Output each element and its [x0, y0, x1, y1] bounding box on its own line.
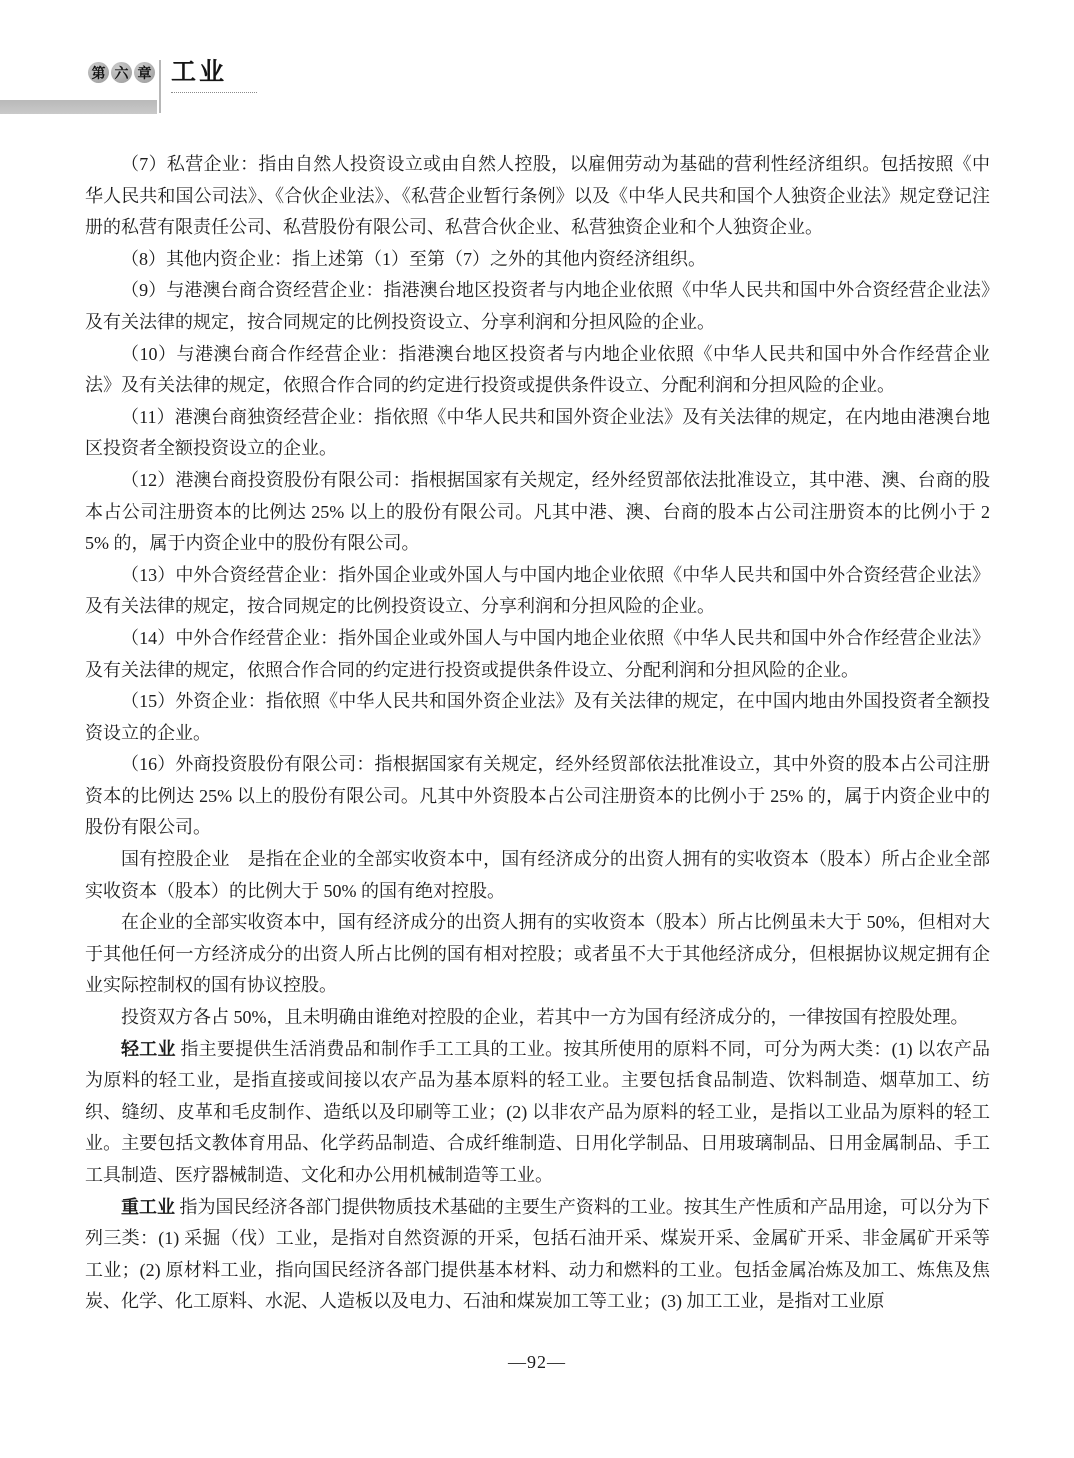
chapter-title: 工业: [171, 60, 227, 85]
document-page: 第 六 章 工业 （7）私营企业：指由自然人投资设立或由自然人控股，以雇佣劳动为…: [0, 0, 1074, 1458]
paragraph-item-8: （8）其他内资企业：指上述第（1）至第（7）之外的其他内资经济组织。: [85, 244, 990, 276]
body-text: （7）私营企业：指由自然人投资设立或由自然人控股，以雇佣劳动为基础的营利性经济组…: [85, 149, 990, 1318]
paragraph-item-16: （16）外商投资股份有限公司：指根据国家有关规定，经外经贸部依法批准设立，其中外…: [85, 749, 990, 844]
paragraph-text: 在企业的全部实收资本中，国有经济成分的出资人拥有的实收资本（股本）所占比例虽未大…: [85, 912, 990, 995]
paragraph-fifty-fifty-rule: 投资双方各占 50%，且未明确由谁绝对控股的企业，若其中一方为国有经济成分的，一…: [85, 1002, 990, 1034]
chapter-title-underline: 工业: [171, 60, 257, 93]
paragraph-text: 指主要提供生活消费品和制作手工工具的工业。按其所使用的原料不同，可分为两大类：(…: [85, 1039, 990, 1185]
paragraph-text: （14）中外合作经营企业：指外国企业或外国人与中国内地企业依照《中华人民共和国中…: [85, 628, 990, 680]
chapter-badge-char-3: 章: [134, 62, 155, 83]
page-header: 第 六 章 工业: [0, 0, 1074, 140]
paragraph-text: （15）外资企业：指依照《中华人民共和国外资企业法》及有关法律的规定，在中国内地…: [85, 691, 990, 743]
chapter-badge-char-2: 六: [111, 62, 132, 83]
term-heavy-industry: 重工业: [121, 1197, 175, 1217]
paragraph-relative-holding: 在企业的全部实收资本中，国有经济成分的出资人拥有的实收资本（股本）所占比例虽未大…: [85, 907, 990, 1002]
chapter-badge: 第 六 章: [88, 62, 155, 83]
paragraph-text: 指为国民经济各部门提供物质技术基础的主要生产资料的工业。按其生产性质和产品用途，…: [85, 1197, 990, 1312]
header-vertical-divider: [159, 60, 161, 113]
paragraph-item-11: （11）港澳台商独资经营企业：指依照《中华人民共和国外资企业法》及有关法律的规定…: [85, 402, 990, 465]
paragraph-text: 投资双方各占 50%，且未明确由谁绝对控股的企业，若其中一方为国有经济成分的，一…: [121, 1007, 969, 1027]
paragraph-heavy-industry: 重工业 指为国民经济各部门提供物质技术基础的主要生产资料的工业。按其生产性质和产…: [85, 1192, 990, 1318]
paragraph-item-13: （13）中外合资经营企业：指外国企业或外国人与中国内地企业依照《中华人民共和国中…: [85, 560, 990, 623]
paragraph-text: （16）外商投资股份有限公司：指根据国家有关规定，经外经贸部依法批准设立，其中外…: [85, 754, 990, 837]
paragraph-item-7: （7）私营企业：指由自然人投资设立或由自然人控股，以雇佣劳动为基础的营利性经济组…: [85, 149, 990, 244]
paragraph-item-15: （15）外资企业：指依照《中华人民共和国外资企业法》及有关法律的规定，在中国内地…: [85, 686, 990, 749]
paragraph-state-holding: 国有控股企业 是指在企业的全部实收资本中，国有经济成分的出资人拥有的实收资本（股…: [85, 844, 990, 907]
paragraph-text: （9）与港澳台商合资经营企业：指港澳台地区投资者与内地企业依照《中华人民共和国中…: [85, 280, 990, 332]
paragraph-item-10: （10）与港澳台商合作经营企业：指港澳台地区投资者与内地企业依照《中华人民共和国…: [85, 339, 990, 402]
paragraph-item-12: （12）港澳台商投资股份有限公司：指根据国家有关规定，经外经贸部依法批准设立，其…: [85, 465, 990, 560]
paragraph-text: （13）中外合资经营企业：指外国企业或外国人与中国内地企业依照《中华人民共和国中…: [85, 565, 990, 617]
paragraph-item-14: （14）中外合作经营企业：指外国企业或外国人与中国内地企业依照《中华人民共和国中…: [85, 623, 990, 686]
chapter-badge-char-1: 第: [88, 62, 109, 83]
page-footer: —92—: [0, 1352, 1074, 1373]
paragraph-text: （12）港澳台商投资股份有限公司：指根据国家有关规定，经外经贸部依法批准设立，其…: [85, 470, 990, 553]
page-number: —92—: [508, 1352, 566, 1372]
header-gray-bar: [0, 100, 157, 114]
paragraph-text: （8）其他内资企业：指上述第（1）至第（7）之外的其他内资经济组织。: [121, 249, 706, 269]
paragraph-light-industry: 轻工业 指主要提供生活消费品和制作手工工具的工业。按其所使用的原料不同，可分为两…: [85, 1034, 990, 1192]
paragraph-text: （7）私营企业：指由自然人投资设立或由自然人控股，以雇佣劳动为基础的营利性经济组…: [85, 154, 990, 237]
paragraph-text: （10）与港澳台商合作经营企业：指港澳台地区投资者与内地企业依照《中华人民共和国…: [85, 344, 990, 396]
paragraph-item-9: （9）与港澳台商合资经营企业：指港澳台地区投资者与内地企业依照《中华人民共和国中…: [85, 275, 990, 338]
paragraph-text: （11）港澳台商独资经营企业：指依照《中华人民共和国外资企业法》及有关法律的规定…: [85, 407, 990, 459]
term-light-industry: 轻工业: [121, 1039, 176, 1059]
term-state-holding-enterprise: 国有控股企业: [121, 849, 230, 869]
